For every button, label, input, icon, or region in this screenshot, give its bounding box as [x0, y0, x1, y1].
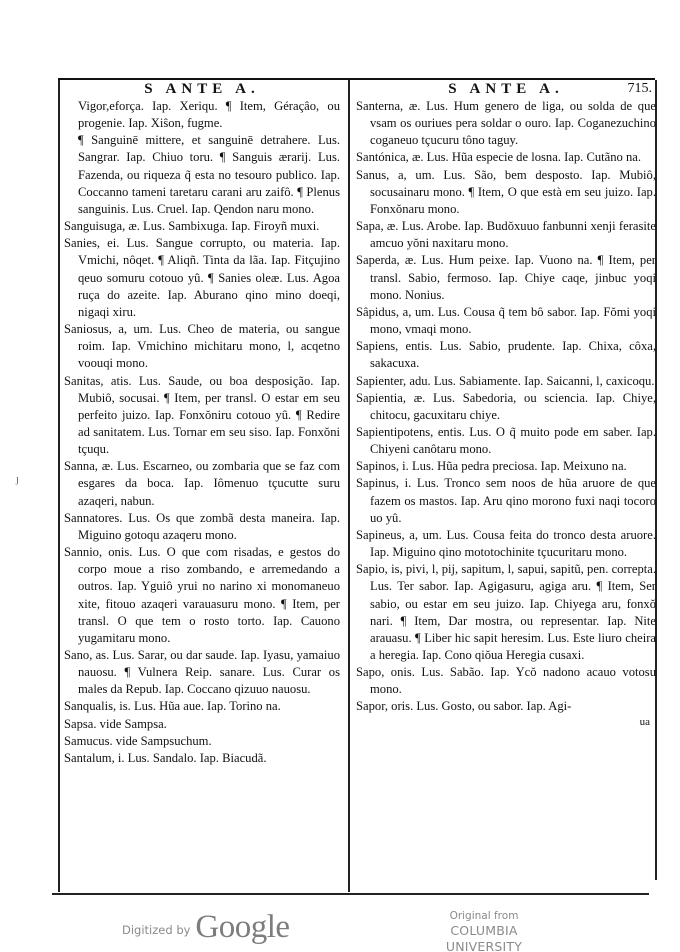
left-entries: Vigor,eforça. Iap. Xeriqu. ¶ Item, Géraç… — [64, 98, 340, 767]
dictionary-entry: Sapsa. vide Sampsa. — [64, 716, 340, 733]
right-entries: Santerna, æ. Lus. Hum genero de liga, ou… — [356, 98, 656, 728]
dictionary-entry: Santalum, i. Lus. Sandalo. Iap. Biacudã. — [64, 750, 340, 767]
running-head-text: S ANTE A. — [448, 81, 563, 97]
dictionary-entry: Sanguisuga, æ. Lus. Sambixuga. Iap. Firo… — [64, 218, 340, 235]
dictionary-entry: Sanqualis, is. Lus. Hũa aue. Iap. Torino… — [64, 698, 340, 715]
original-source: Original from COLUMBIA UNIVERSITY — [414, 909, 554, 952]
dictionary-entry: Saniosus, a, um. Lus. Cheo de materia, o… — [64, 321, 340, 372]
catchword: ua — [356, 716, 656, 728]
dictionary-entry: Sanitas, atis. Lus. Saude, ou boa despos… — [64, 373, 340, 459]
margin-mark: ȷ — [16, 474, 19, 485]
dictionary-entry: Samucus. vide Sampsuchum. — [64, 733, 340, 750]
dictionary-entry: Santerna, æ. Lus. Hum genero de liga, ou… — [356, 98, 656, 149]
dictionary-entry: Sapienter, adu. Lus. Sabiamente. Iap. Sa… — [356, 373, 656, 390]
dictionary-entry: Sapor, oris. Lus. Gosto, ou sabor. Iap. … — [356, 698, 656, 715]
digitized-by-label: Digitized by — [122, 923, 190, 937]
dictionary-entry: Sannio, onis. Lus. O que com risadas, e … — [64, 544, 340, 647]
running-head-right: S ANTE A. 715. — [356, 80, 656, 98]
dictionary-entry: Vigor,eforça. Iap. Xeriqu. ¶ Item, Géraç… — [64, 98, 340, 132]
dictionary-entry: Sanus, a, um. Lus. São, bem desposto. Ia… — [356, 167, 656, 218]
dictionary-entry: Sannatores. Lus. Os que zombã desta mane… — [64, 510, 340, 544]
right-column: S ANTE A. 715. Santerna, æ. Lus. Hum gen… — [356, 80, 656, 728]
dictionary-entry: Sapientipotens, entis. Lus. O q̃ muito p… — [356, 424, 656, 458]
dictionary-entry: Sanna, æ. Lus. Escarneo, ou zombaria que… — [64, 458, 340, 509]
dictionary-entry: ¶ Sanguinē mittere, et sanguinē detraher… — [64, 132, 340, 218]
running-head-left: S ANTE A. — [64, 80, 340, 98]
page-number: 715. — [628, 80, 653, 98]
bottom-rule — [52, 893, 649, 895]
left-column: S ANTE A. Vigor,eforça. Iap. Xeriqu. ¶ I… — [64, 80, 340, 767]
dictionary-entry: Sapa, æ. Lus. Arobe. Iap. Budŏxuuo fanbu… — [356, 218, 656, 252]
digitized-by-google: Digitized by Google — [122, 912, 290, 942]
institution-name: COLUMBIA UNIVERSITY — [414, 923, 554, 952]
dictionary-entry: Sapiens, entis. Lus. Sabio, prudente. Ia… — [356, 338, 656, 372]
dictionary-entry: Santónica, æ. Lus. Hũa especie de losna.… — [356, 149, 656, 166]
dictionary-entry: Sapio, is, pivi, l, pij, sapitum, l, sap… — [356, 561, 656, 664]
dictionary-entry: Sapinos, i. Lus. Hũa pedra preciosa. Iap… — [356, 458, 656, 475]
google-logo: Google — [195, 912, 289, 942]
column-divider-line — [348, 80, 350, 892]
dictionary-entry: Sapineus, a, um. Lus. Cousa feita do tro… — [356, 527, 656, 561]
dictionary-entry: Sano, as. Lus. Sarar, ou dar saude. Iap.… — [64, 647, 340, 698]
dictionary-entry: Sapientia, æ. Lus. Sabedoria, ou scienci… — [356, 390, 656, 424]
dictionary-entry: Saperda, æ. Lus. Hum peixe. Iap. Vuono n… — [356, 252, 656, 303]
dictionary-entry: Sanies, ei. Lus. Sangue corrupto, ou mat… — [64, 235, 340, 321]
dictionary-entry: Sâpidus, a, um. Lus. Cousa q̃ tem bô sab… — [356, 304, 656, 338]
dictionary-entry: Sapinus, i. Lus. Tronco sem noos de hũa … — [356, 475, 656, 526]
left-border-line — [58, 80, 60, 892]
scanned-dictionary-page: ȷ S ANTE A. Vigor,eforça. Iap. Xeriqu. ¶… — [0, 0, 680, 952]
original-from-label: Original from — [414, 909, 554, 923]
dictionary-entry: Sapo, onis. Lus. Sabão. Iap. Ycŏ nadono … — [356, 664, 656, 698]
